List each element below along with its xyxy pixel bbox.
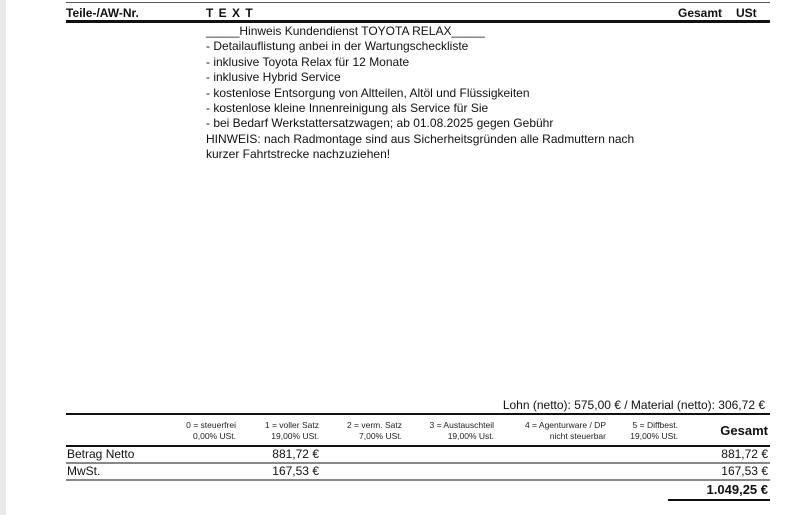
header-bottom-rule xyxy=(66,20,770,23)
notice-line: - inklusive Hybrid Service xyxy=(206,70,634,85)
notice-line: - inklusive Toyota Relax für 12 Monate xyxy=(206,55,634,70)
grand-total-underline xyxy=(668,499,770,501)
tax-col-1: 1 = voller Satz 19,00% USt. xyxy=(265,420,319,442)
labor-material-summary: Lohn (netto): 575,00 € / Material (netto… xyxy=(503,398,765,412)
tax-total-header: Gesamt xyxy=(720,423,768,438)
tax-col-3: 3 = Austauschteil 19,00% Ust. xyxy=(429,420,494,442)
notice-title: _____Hinweis Kundendienst TOYOTA RELAX__… xyxy=(206,24,634,39)
tax-col-0: 0 = steuerfrei 0,00% USt. xyxy=(186,420,236,442)
header-text: T E X T xyxy=(206,6,254,20)
page-margin-strip xyxy=(0,0,6,515)
tax-col-2: 2 = verm. Satz 7,00% USt. xyxy=(347,420,402,442)
row-vat-col1: 167,53 € xyxy=(272,464,319,478)
notice-line: - kostenlose kleine Innenreinigung als S… xyxy=(206,101,634,116)
header-top-rule xyxy=(66,2,770,3)
row-net-total: 881,72 € xyxy=(721,447,768,461)
notice-line: - bei Bedarf Werkstattersatzwagen; ab 01… xyxy=(206,116,634,131)
row-vat-label: MwSt. xyxy=(67,464,100,478)
row-net-label: Betrag Netto xyxy=(67,447,134,461)
notice-line: - kostenlose Entsorgung von Altteilen, A… xyxy=(206,86,634,101)
row-divider xyxy=(66,462,770,464)
row-vat-total: 167,53 € xyxy=(721,464,768,478)
tax-col-5: 5 = Diffbest. 19,00% USt. xyxy=(630,420,678,442)
tax-header-bottom-rule xyxy=(66,445,770,447)
row-net-col1: 881,72 € xyxy=(272,447,319,461)
tax-table-top-rule xyxy=(66,413,770,415)
tax-col-4: 4 = Agenturware / DP nicht steuerbar xyxy=(525,420,606,442)
notice-text-block: _____Hinweis Kundendienst TOYOTA RELAX__… xyxy=(206,24,634,163)
header-parts-number: Teile-/AW-Nr. xyxy=(66,6,139,20)
notice-line: - Detailauflistung anbei in der Wartungs… xyxy=(206,39,634,54)
grand-total: 1.049,25 € xyxy=(707,482,768,497)
notice-warning-cont: kurzer Fahrtstrecke nachzuziehen! xyxy=(206,147,634,162)
header-vat: USt xyxy=(736,6,757,20)
header-total: Gesamt xyxy=(678,6,722,20)
notice-warning: HINWEIS: nach Radmontage sind aus Sicher… xyxy=(206,132,634,147)
row-divider xyxy=(66,479,770,481)
